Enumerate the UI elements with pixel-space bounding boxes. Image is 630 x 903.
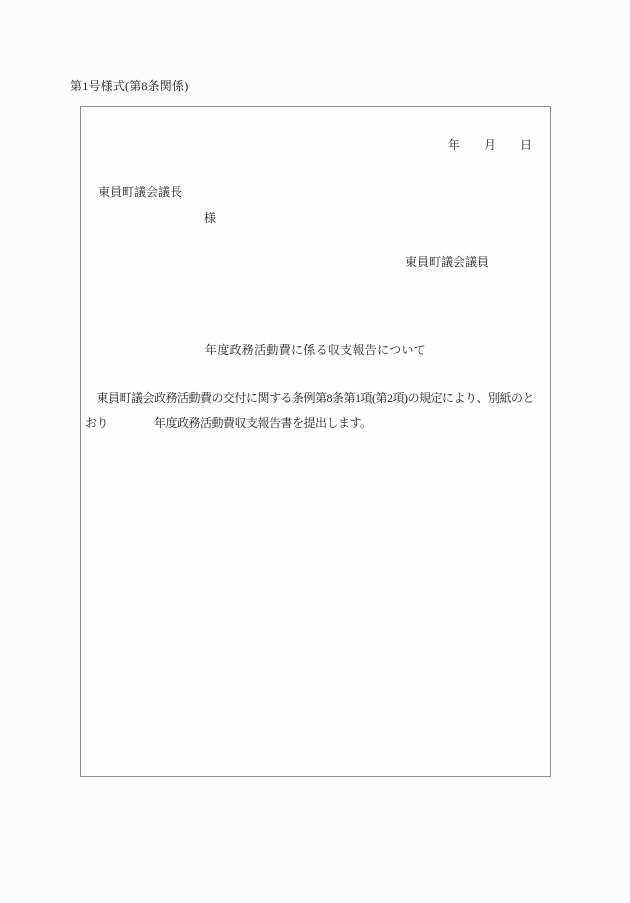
document-body: 東員町議会政務活動費の交付に関する条例第8条第1項(第2項)の規定により、別紙の… — [85, 386, 546, 436]
addressee-name: 東員町議会議長 — [98, 183, 182, 200]
document-title: 年度政務活動費に係る収支報告について — [81, 341, 550, 358]
honorific-sama: 様 — [204, 209, 216, 226]
date-line: 年 月 日 — [448, 136, 532, 153]
form-number-label: 第1号様式(第8条関係) — [70, 77, 188, 94]
document-page: 第1号様式(第8条関係) 年 月 日 東員町議会議長 様 東員町議会議員 年度政… — [0, 0, 630, 903]
body-line-1: 東員町議会政務活動費の交付に関する条例第8条第1項(第2項)の規定により、別紙の… — [85, 386, 546, 411]
sender-name: 東員町議会議員 — [405, 253, 489, 270]
form-border-box: 年 月 日 東員町議会議長 様 東員町議会議員 年度政務活動費に係る収支報告につ… — [80, 106, 551, 777]
body-line-2: おり 年度政務活動費収支報告書を提出します。 — [85, 411, 546, 436]
